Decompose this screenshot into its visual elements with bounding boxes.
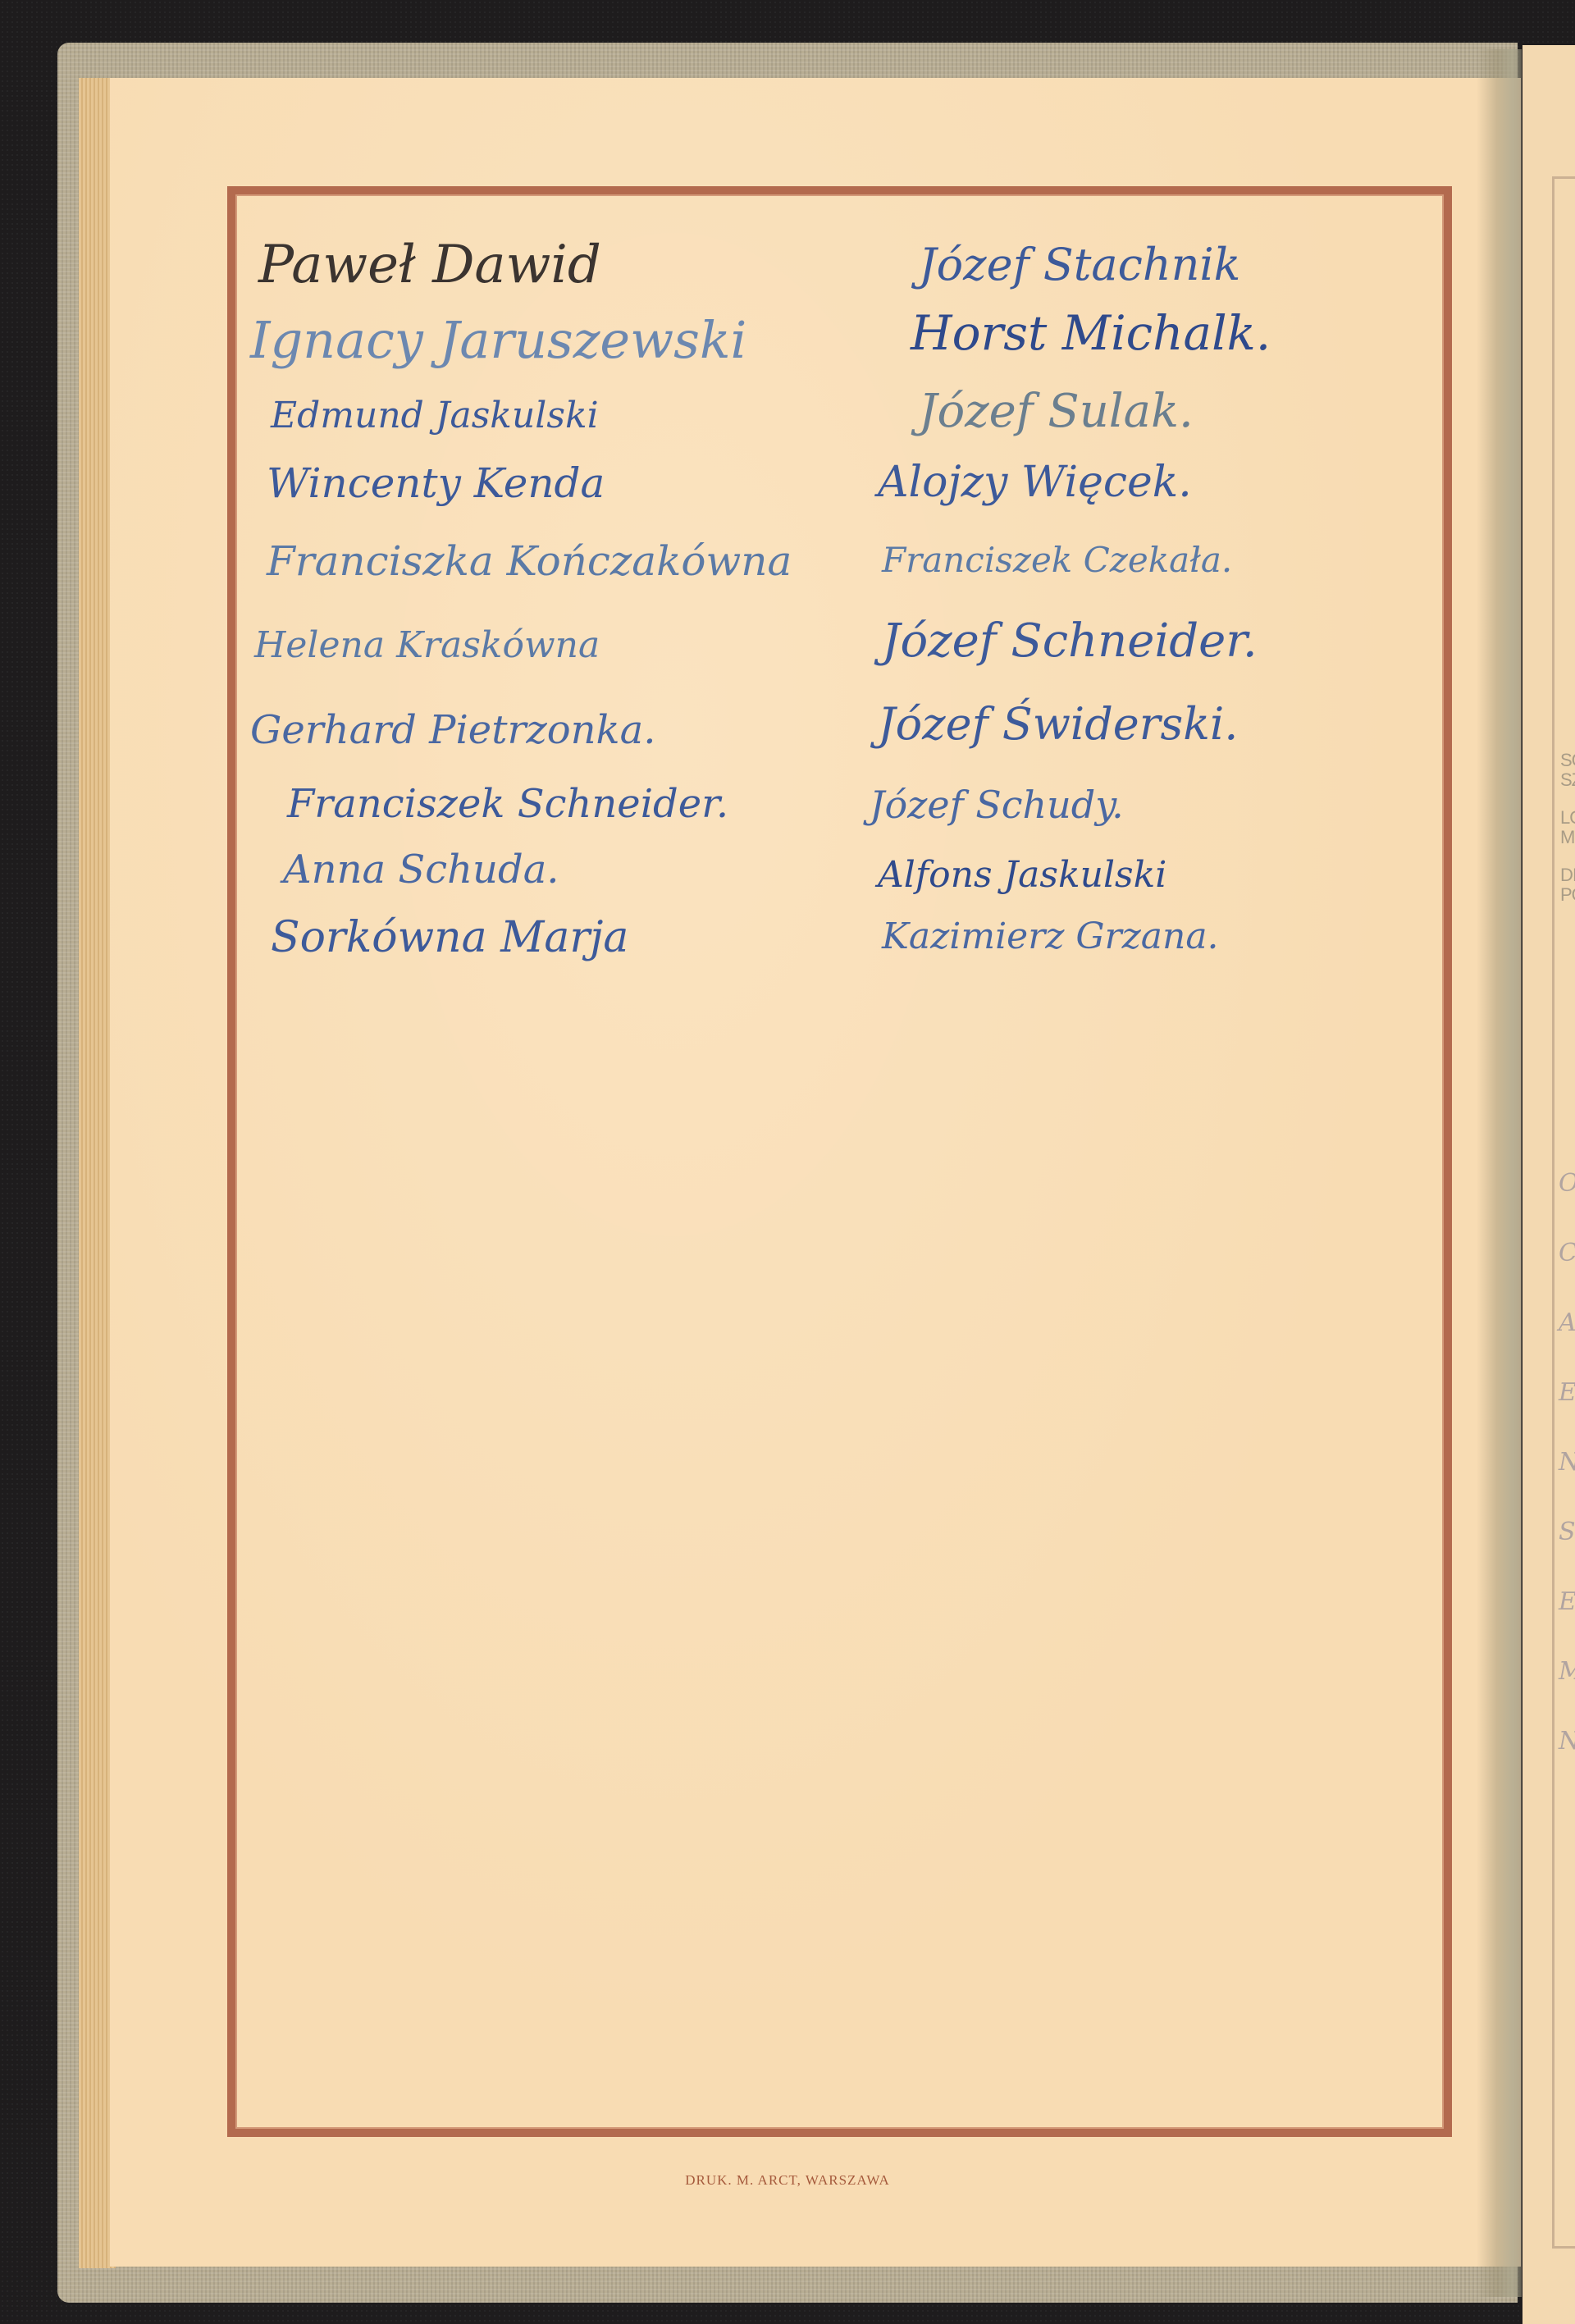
signature: Józef Schudy. [870,783,1124,827]
next-page-label-school: SCHOSZKO [1560,751,1575,790]
signature: Helena Kraskówna [254,624,600,666]
signature: Józef Stachnik [919,239,1240,290]
next-page-partial: SCHOSZKO LOCMIEJ DISTPOW Ottom Cery Ad E… [1522,45,1575,2324]
signature: Edmund Jaskulski [271,395,599,436]
signature: Józef Sulak. [919,385,1194,438]
signature: Horst Michalk. [911,305,1271,361]
signature: Sorkówna Marja [271,913,628,962]
signature: Franciszek Schneider. [287,781,728,827]
signature: Franciszek Czekała. [882,540,1232,580]
signature: Wincenty Kenda [267,459,605,507]
next-page-names: Ottom Cery Ad Erne Nara Smol Emma Marta … [1559,1148,1575,1776]
signature: Gerhard Pietrzonka. [250,707,656,753]
next-page-label-location: LOCMIEJ [1560,808,1575,847]
signature: Paweł Dawid [258,235,601,295]
spine-gutter [1477,49,1522,2297]
next-page-label-district: DISTPOW [1560,865,1575,905]
signature: Józef Schneider. [882,614,1258,668]
signature: Franciszka Kończakówna [267,537,792,585]
printer-imprint: DRUK. M. ARCT, WARSZAWA [0,2172,1575,2189]
signature: Ignacy Jaruszewski [250,310,746,370]
signature: Anna Schuda. [283,847,559,893]
signature: Alojzy Więcek. [878,458,1192,507]
signature: Kazimierz Grzana. [882,915,1219,957]
signature: Józef Świderski. [878,698,1238,750]
signature: Alfons Jaskulski [878,854,1166,896]
